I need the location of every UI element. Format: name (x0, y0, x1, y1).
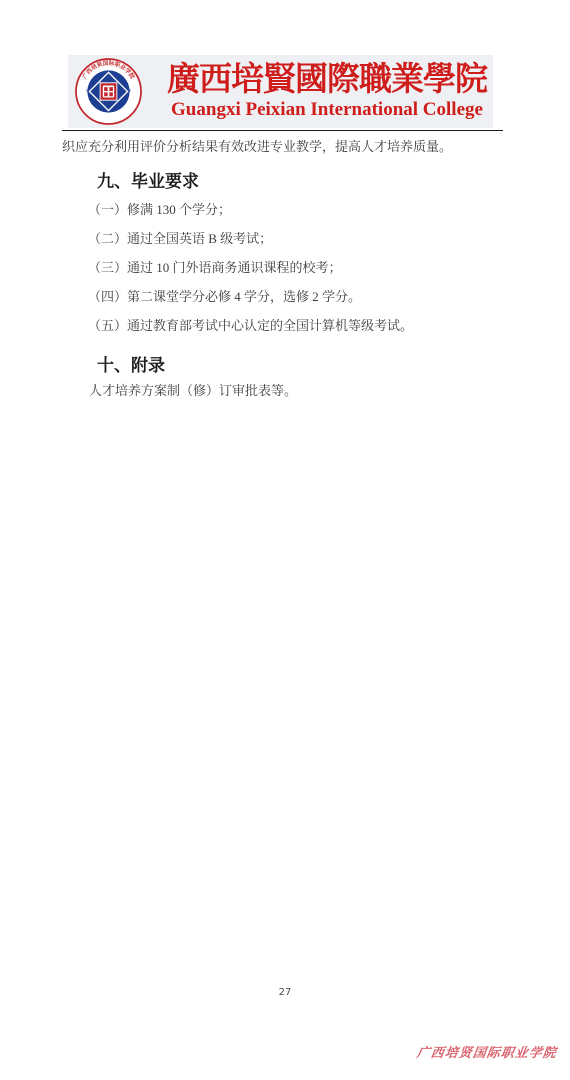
section-heading-graduation-requirements: 九、毕业要求 (97, 167, 199, 192)
college-seal-svg: 广西培贤国际职业学院 GUANGXI PEIXIAN INTERNATIONAL… (75, 58, 142, 125)
college-titles: 廣西培賢國際職業學院 Guangxi Peixian International… (161, 59, 493, 121)
college-name-english: Guangxi Peixian International College (161, 99, 493, 121)
requirement-item-5: （五）通过教育部考试中心认定的全国计算机等级考试。 (88, 318, 413, 333)
header-divider-line (62, 130, 503, 131)
section-heading-appendix: 十、附录 (97, 351, 165, 376)
appendix-paragraph: 人才培养方案制（修）订审批表等。 (89, 383, 297, 398)
requirement-item-1: （一）修满 130 个学分； (88, 202, 231, 217)
college-header-banner: 广西培贤国际职业学院 GUANGXI PEIXIAN INTERNATIONAL… (68, 55, 493, 128)
page-number: 27 (0, 987, 570, 998)
watermark-college-name: 广西培贤国际职业学院 (416, 1042, 559, 1061)
intro-paragraph: 织应充分利用评价分析结果有效改进专业教学，提高人才培养质量。 (62, 139, 452, 154)
requirement-item-2: （二）通过全国英语 B 级考试； (88, 231, 272, 246)
college-name-chinese: 廣西培賢國際職業學院 (161, 59, 493, 99)
requirement-item-4: （四）第二课堂学分必修 4 学分，选修 2 学分。 (88, 289, 361, 304)
college-seal-icon: 广西培贤国际职业学院 GUANGXI PEIXIAN INTERNATIONAL… (75, 58, 142, 125)
document-page: 广西培贤国际职业学院 GUANGXI PEIXIAN INTERNATIONAL… (0, 0, 570, 1080)
requirement-item-3: （三）通过 10 门外语商务通识课程的校考； (88, 260, 342, 275)
